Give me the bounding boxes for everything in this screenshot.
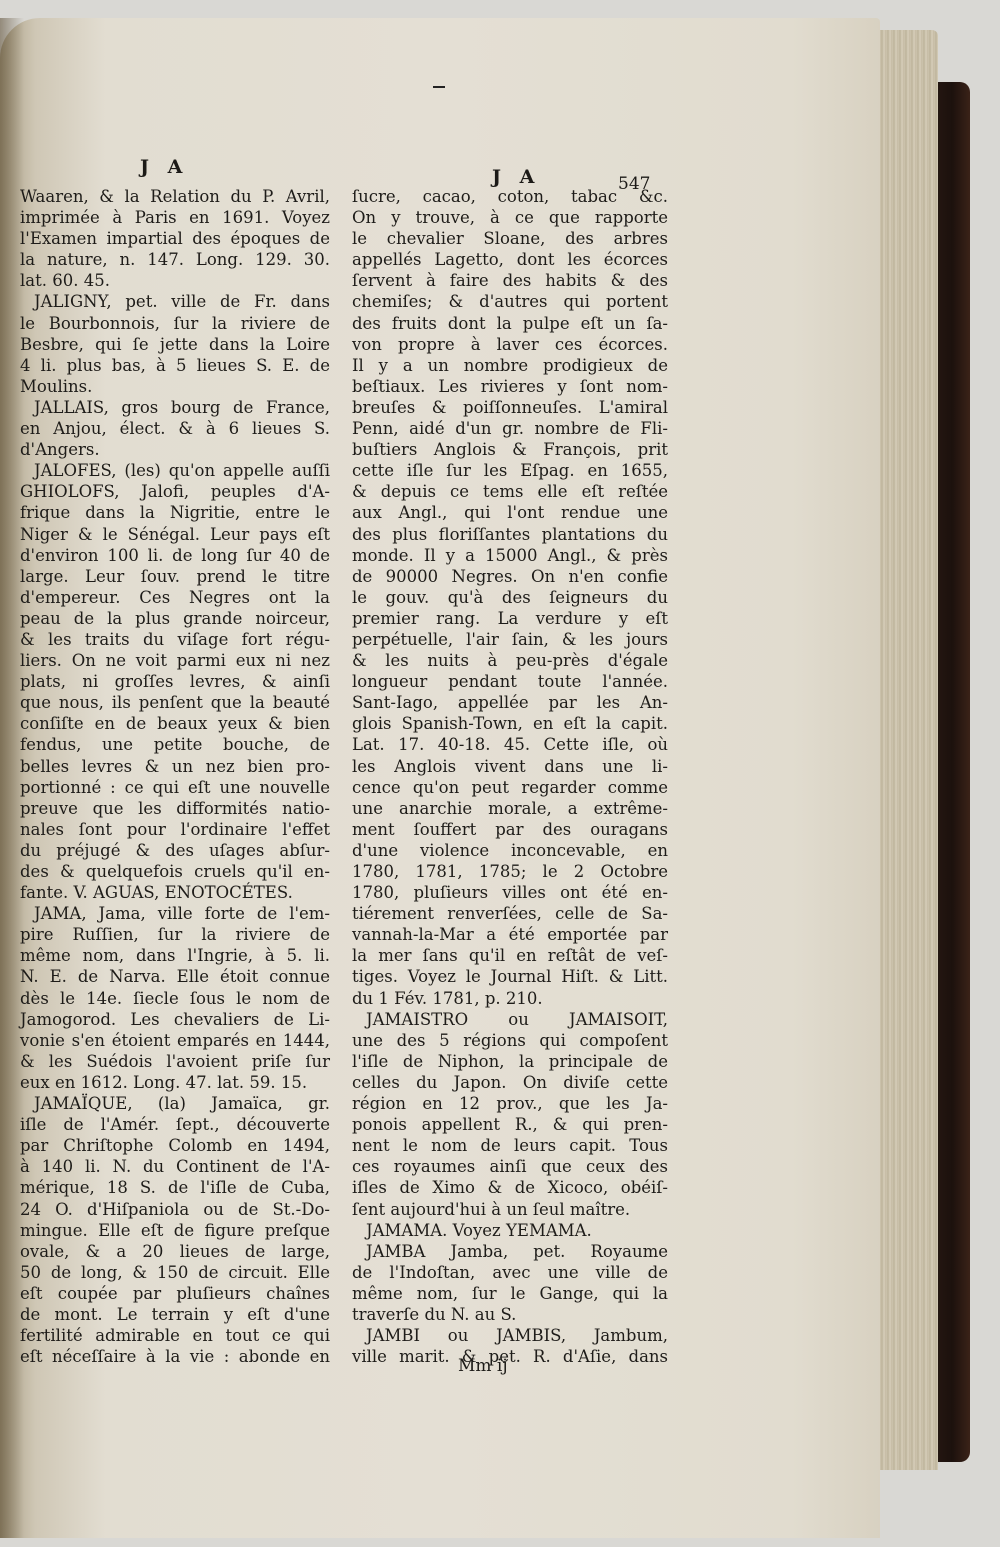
text-line: ment ſouffert par des ouragans bbox=[352, 819, 668, 840]
text-line: JAMAÏQUE, (la) Jamaïca, gr. bbox=[20, 1093, 330, 1114]
text-line: fendus, une petite bouche, de bbox=[20, 734, 330, 755]
text-line: ſucre, cacao, coton, tabac &c. bbox=[352, 186, 668, 207]
text-line: Jamogorod. Les chevaliers de Li- bbox=[20, 1009, 330, 1030]
text-line: traverſe du N. au S. bbox=[352, 1304, 668, 1325]
text-line: Penn, aidé d'un gr. nombre de Fli- bbox=[352, 418, 668, 439]
text-line: même nom, dans l'Ingrie, à 5. li. bbox=[20, 945, 330, 966]
text-line: GHIOLOFS, Jalofi, peuples d'A- bbox=[20, 481, 330, 502]
text-line: & les nuits à peu-près d'égale bbox=[352, 650, 668, 671]
text-line: longueur pendant toute l'année. bbox=[352, 671, 668, 692]
text-line: par Chriſtophe Colomb en 1494, bbox=[20, 1135, 330, 1156]
text-line: breuſes & poiſſonneuſes. L'amiral bbox=[352, 397, 668, 418]
text-line: Niger & le Sénégal. Leur pays eſt bbox=[20, 524, 330, 545]
text-line: conſiſte en de beaux yeux & bien bbox=[20, 713, 330, 734]
text-line: fertilité admirable en tout ce qui bbox=[20, 1325, 330, 1346]
text-line: vonie s'en étoient emparés en 1444, bbox=[20, 1030, 330, 1051]
text-line: ces royaumes ainſi que ceux des bbox=[352, 1156, 668, 1177]
text-line: de l'Indoſtan, avec une ville de bbox=[352, 1262, 668, 1283]
running-head-left: J A bbox=[140, 156, 188, 178]
text-line: plats, ni groſſes levres, & ainſi bbox=[20, 671, 330, 692]
text-line: 1780, 1781, 1785; le 2 Octobre bbox=[352, 861, 668, 882]
text-line: l'Examen impartial des époques de bbox=[20, 228, 330, 249]
text-line: perpétuelle, l'air ſain, & les jours bbox=[352, 629, 668, 650]
text-line: & depuis ce tems elle eſt reſtée bbox=[352, 481, 668, 502]
text-line: On y trouve, à ce que rapporte bbox=[352, 207, 668, 228]
text-line: 24 O. d'Hiſpaniola ou de St.-Do- bbox=[20, 1199, 330, 1220]
text-line: même nom, ſur le Gange, qui la bbox=[352, 1283, 668, 1304]
text-line: en Anjou, élect. & à 6 lieues S. bbox=[20, 418, 330, 439]
text-line: des fruits dont la pulpe eſt un ſa- bbox=[352, 313, 668, 334]
text-line: pire Ruſſien, ſur la riviere de bbox=[20, 924, 330, 945]
text-line: JALIGNY, pet. ville de Fr. dans bbox=[20, 291, 330, 312]
text-line: beſtiaux. Les rivieres y ſont nom- bbox=[352, 376, 668, 397]
text-line: von propre à laver ces écorces. bbox=[352, 334, 668, 355]
text-line: liers. On ne voit parmi eux ni nez bbox=[20, 650, 330, 671]
text-line: ville marit. & pet. R. d'Aſie, dans bbox=[352, 1346, 668, 1367]
text-line: une des 5 régions qui compoſent bbox=[352, 1030, 668, 1051]
text-line: JAMAISTRO ou JAMAISOIT, bbox=[352, 1009, 668, 1030]
text-line: preuve que les difformités natio- bbox=[20, 798, 330, 819]
text-line: ſent aujourd'hui à un ſeul maître. bbox=[352, 1199, 668, 1220]
text-line: glois Spanish-Town, en eſt la capit. bbox=[352, 713, 668, 734]
text-line: & les traits du viſage fort régu- bbox=[20, 629, 330, 650]
text-line: Waaren, & la Relation du P. Avril, bbox=[20, 186, 330, 207]
text-line: celles du Japon. On diviſe cette bbox=[352, 1072, 668, 1093]
text-line: N. E. de Narva. Elle étoit connue bbox=[20, 966, 330, 987]
text-line: nales ſont pour l'ordinaire l'effet bbox=[20, 819, 330, 840]
text-line: que nous, ils penſent que la beauté bbox=[20, 692, 330, 713]
text-line: JAMAMA. Voyez YEMAMA. bbox=[352, 1220, 668, 1241]
text-line: belles levres & un nez bien pro- bbox=[20, 756, 330, 777]
text-line: du préjugé & des uſages abſur- bbox=[20, 840, 330, 861]
text-line: eux en 1612. Long. 47. lat. 59. 15. bbox=[20, 1072, 330, 1093]
text-line: Besbre, qui ſe jette dans la Loire bbox=[20, 334, 330, 355]
text-line: région en 12 prov., que les Ja- bbox=[352, 1093, 668, 1114]
text-line: d'environ 100 li. de long ſur 40 de bbox=[20, 545, 330, 566]
text-line: Sant-Iago, appellée par les An- bbox=[352, 692, 668, 713]
text-line: nent le nom de leurs capit. Tous bbox=[352, 1135, 668, 1156]
text-line: appellés Lagetto, dont les écorces bbox=[352, 249, 668, 270]
text-line: portionné : ce qui eſt une nouvelle bbox=[20, 777, 330, 798]
text-line: du 1 Fév. 1781, p. 210. bbox=[352, 988, 668, 1009]
text-line: chemiſes; & d'autres qui portent bbox=[352, 291, 668, 312]
text-line: peau de la plus grande noirceur, bbox=[20, 608, 330, 629]
text-line: aux Angl., qui l'ont rendue une bbox=[352, 502, 668, 523]
text-line: tiérement renverſées, celle de Sa- bbox=[352, 903, 668, 924]
text-line: large. Leur ſouv. prend le titre bbox=[20, 566, 330, 587]
text-line: mingue. Elle eſt de figure preſque bbox=[20, 1220, 330, 1241]
text-line: des & quelquefois cruels qu'il en- bbox=[20, 861, 330, 882]
text-line: la mer ſans qu'il en reſtât de veſ- bbox=[352, 945, 668, 966]
running-head-right: J A bbox=[492, 166, 540, 188]
text-line: 1780, pluſieurs villes ont été en- bbox=[352, 882, 668, 903]
text-line: mérique, 18 S. de l'iſle de Cuba, bbox=[20, 1177, 330, 1198]
text-line: iſles de Ximo & de Xicoco, obéiſ- bbox=[352, 1177, 668, 1198]
text-line: Moulins. bbox=[20, 376, 330, 397]
text-line: eſt néceſſaire à la vie : abonde en bbox=[20, 1346, 330, 1367]
text-line: cette iſle ſur les Eſpag. en 1655, bbox=[352, 460, 668, 481]
text-line: & les Suédois l'avoient priſe ſur bbox=[20, 1051, 330, 1072]
text-line: le Bourbonnois, ſur la riviere de bbox=[20, 313, 330, 334]
signature-mark: Mm ij bbox=[458, 1356, 508, 1376]
text-line: eſt coupée par pluſieurs chaînes bbox=[20, 1283, 330, 1304]
text-line: 50 de long, & 150 de circuit. Elle bbox=[20, 1262, 330, 1283]
text-line: monde. Il y a 15000 Angl., & près bbox=[352, 545, 668, 566]
text-line: à 140 li. N. du Continent de l'A- bbox=[20, 1156, 330, 1177]
text-line: vannah-la-Mar a été emportée par bbox=[352, 924, 668, 945]
text-line: cence qu'on peut regarder comme bbox=[352, 777, 668, 798]
text-line: d'empereur. Ces Negres ont la bbox=[20, 587, 330, 608]
text-line: ovale, & a 20 lieues de large, bbox=[20, 1241, 330, 1262]
text-line: JALLAIS, gros bourg de France, bbox=[20, 397, 330, 418]
text-line: d'une violence inconcevable, en bbox=[352, 840, 668, 861]
text-line: une anarchie morale, a extrême- bbox=[352, 798, 668, 819]
text-line: la nature, n. 147. Long. 129. 30. bbox=[20, 249, 330, 270]
text-line: de mont. Le terrain y eſt d'une bbox=[20, 1304, 330, 1325]
text-line: iſle de l'Amér. ſept., découverte bbox=[20, 1114, 330, 1135]
text-line: ponois appellent R., & qui pren- bbox=[352, 1114, 668, 1135]
text-line: tiges. Voyez le Journal Hiſt. & Litt. bbox=[352, 966, 668, 987]
text-line: Lat. 17. 40-18. 45. Cette iſle, où bbox=[352, 734, 668, 755]
text-line: imprimée à Paris en 1691. Voyez bbox=[20, 207, 330, 228]
text-line: des plus floriſſantes plantations du bbox=[352, 524, 668, 545]
text-line: le chevalier Sloane, des arbres bbox=[352, 228, 668, 249]
text-line: JALOFES, (les) qu'on appelle auſſi bbox=[20, 460, 330, 481]
text-line: le gouv. qu'à des ſeigneurs du bbox=[352, 587, 668, 608]
text-line: buſtiers Anglois & François, prit bbox=[352, 439, 668, 460]
text-line: l'iſle de Niphon, la principale de bbox=[352, 1051, 668, 1072]
text-line: d'Angers. bbox=[20, 439, 330, 460]
text-line: JAMBI ou JAMBIS, Jambum, bbox=[352, 1325, 668, 1346]
text-line: ſervent à faire des habits & des bbox=[352, 270, 668, 291]
text-line: fante. V. AGUAS, ENOTOCÉTES. bbox=[20, 882, 330, 903]
text-line: 4 li. plus bas, à 5 lieues S. E. de bbox=[20, 355, 330, 376]
left-column: Waaren, & la Relation du P. Avril,imprim… bbox=[20, 186, 330, 1367]
text-line: de 90000 Negres. On n'en confie bbox=[352, 566, 668, 587]
right-column: ſucre, cacao, coton, tabac &c.On y trouv… bbox=[352, 186, 668, 1367]
text-line: JAMBA Jamba, pet. Royaume bbox=[352, 1241, 668, 1262]
text-line: frique dans la Nigritie, entre le bbox=[20, 502, 330, 523]
text-line: Il y a un nombre prodigieux de bbox=[352, 355, 668, 376]
text-line: premier rang. La verdure y eſt bbox=[352, 608, 668, 629]
text-line: JAMA, Jama, ville forte de l'em- bbox=[20, 903, 330, 924]
text-line: les Anglois vivent dans une li- bbox=[352, 756, 668, 777]
top-mark bbox=[433, 86, 445, 88]
text-line: dès le 14e. ſiecle ſous le nom de bbox=[20, 988, 330, 1009]
text-line: lat. 60. 45. bbox=[20, 270, 330, 291]
